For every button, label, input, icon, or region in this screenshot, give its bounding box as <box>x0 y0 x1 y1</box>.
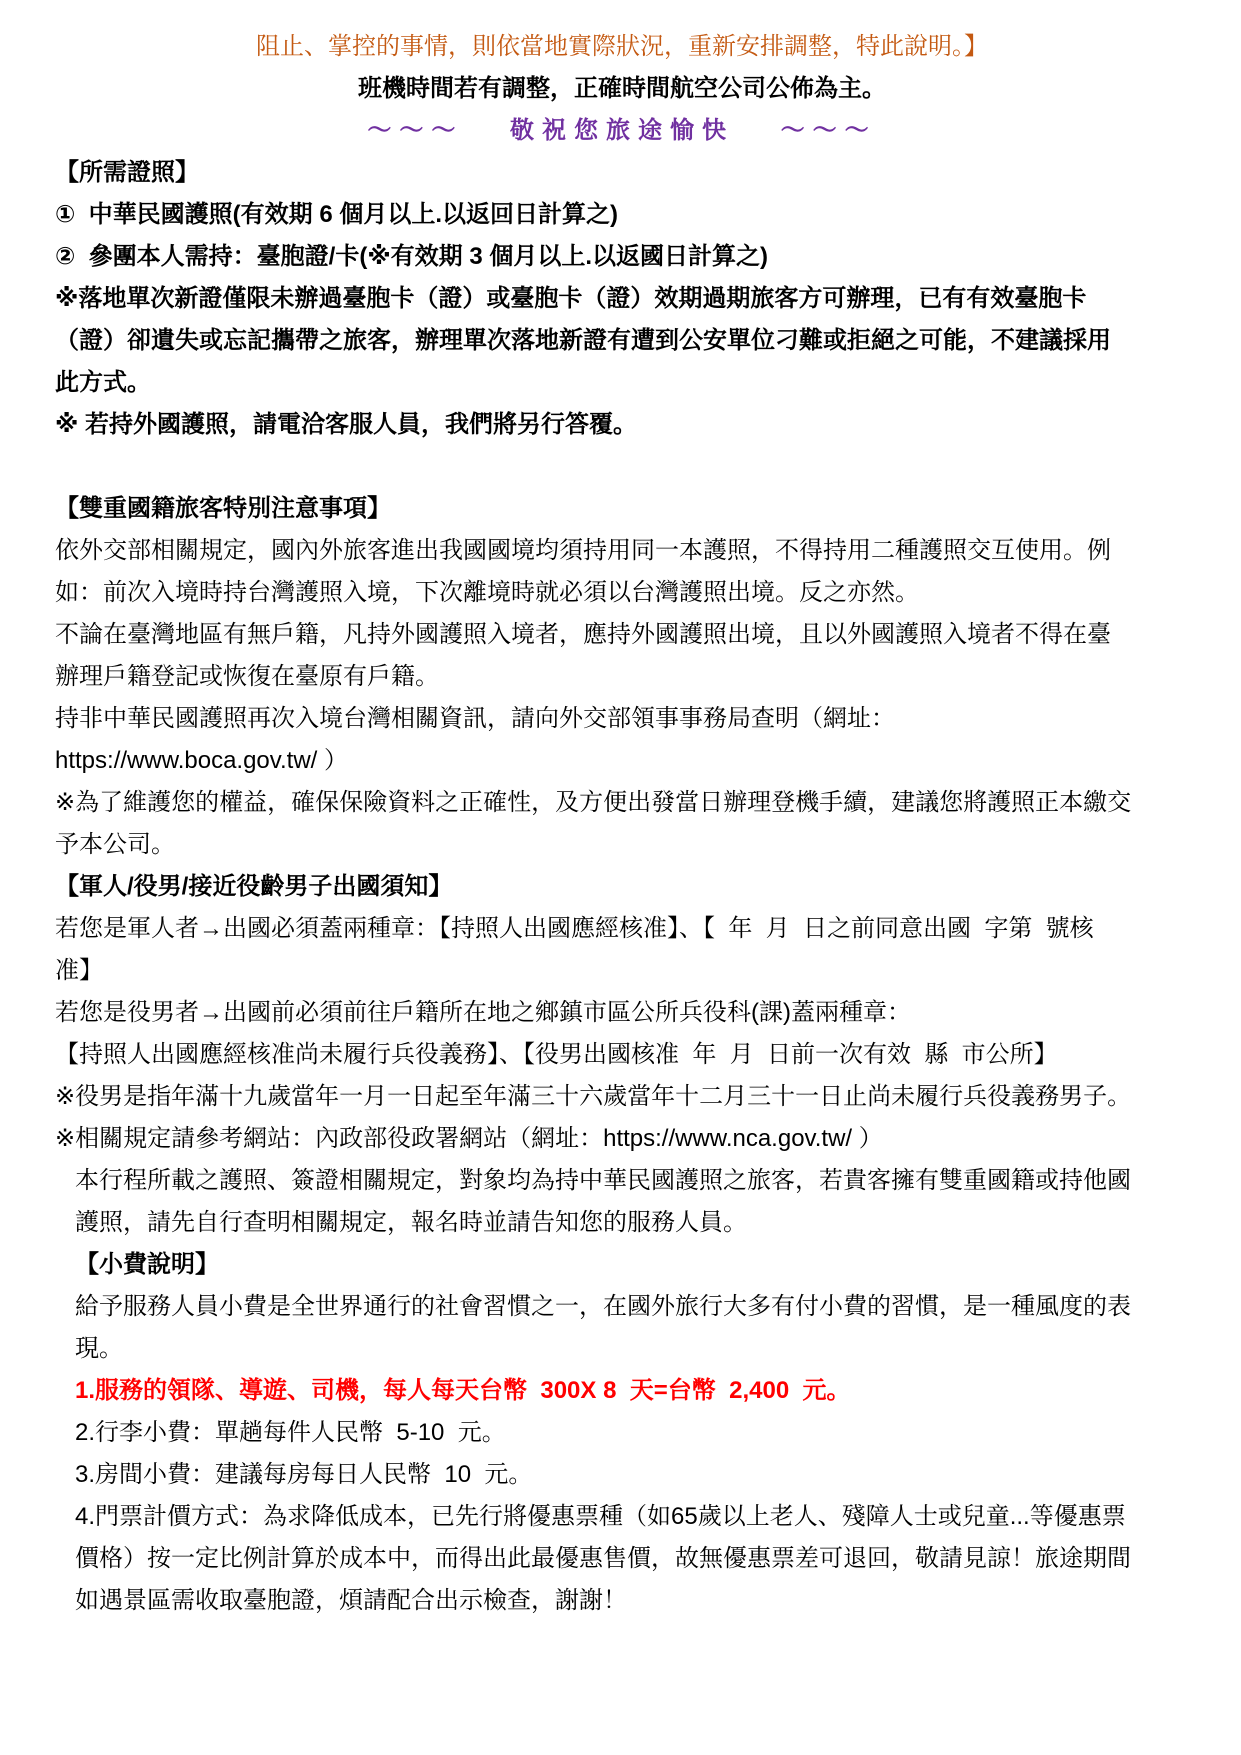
document-body: 阻止、掌控的事情，則依當地實際狀況，重新安排調整，特此說明。】班機時間若有調整，… <box>55 26 1189 1622</box>
landing-permit-note-line-1: ※落地單次新證僅限未辦過臺胞卡（證）或臺胞卡（證）效期過期旅客方可辦理，已有有效… <box>55 278 1189 320</box>
blank-spacer <box>55 446 1189 488</box>
dual-nationality-line-2: 如：前次入境時持台灣護照入境，下次離境時就必須以台灣護照出境。反之亦然。 <box>55 572 1189 614</box>
section-title-dual-nationality: 【雙重國籍旅客特別注意事項】 <box>55 488 1189 530</box>
passport-submission-note-line-1: ※為了維護您的權益，確保保險資料之正確性，及方便出發當日辦理登機手續，建議您將護… <box>55 782 1189 824</box>
military-line-6: ※相關規定請參考網站：內政部役政署網站（網址：https://www.nca.g… <box>55 1118 1189 1160</box>
header-continuation-line: 阻止、掌控的事情，則依當地實際狀況，重新安排調整，特此說明。】 <box>55 26 1189 68</box>
tipping-item-4-line-2: 價格）按一定比例計算於成本中，而得出此最優惠售價，故無優惠票差可退回，敬請見諒！… <box>55 1538 1189 1580</box>
military-line-1: 若您是軍人者→出國必須蓋兩種章：【持照人出國應經核准】、【 年 月 日之前同意出… <box>55 908 1189 950</box>
military-line-2: 准】 <box>55 950 1189 992</box>
tipping-intro-line-2: 現。 <box>55 1328 1189 1370</box>
travel-notice-document-page: 阻止、掌控的事情，則依當地實際狀況，重新安排調整，特此說明。】班機時間若有調整，… <box>0 0 1241 1755</box>
passport-submission-note-line-2: 予本公司。 <box>55 824 1189 866</box>
itinerary-passport-note-line-1: 本行程所載之護照、簽證相關規定，對象均為持中華民國護照之旅客，若貴客擁有雙重國籍… <box>55 1160 1189 1202</box>
dual-nationality-line-3: 不論在臺灣地區有無戶籍，凡持外國護照入境者，應持外國護照出境，且以外國護照入境者… <box>55 614 1189 656</box>
tipping-item-2: 2.行李小費：單趟每件人民幣 5-10 元。 <box>55 1412 1189 1454</box>
boca-url-line: https://www.boca.gov.tw/ ） <box>55 740 1189 782</box>
tipping-item-4-line-1: 4.門票計價方式：為求降低成本，已先行將優惠票種（如65歲以上老人、殘障人士或兒… <box>55 1496 1189 1538</box>
required-doc-item-1: ① 中華民國護照(有效期 6 個月以上.以返回日計算之) <box>55 194 1189 236</box>
itinerary-passport-note-line-2: 護照，請先自行查明相關規定，報名時並請告知您的服務人員。 <box>55 1202 1189 1244</box>
flight-time-notice: 班機時間若有調整，正確時間航空公司公佈為主。 <box>55 68 1189 110</box>
required-doc-item-2: ② 參團本人需持：臺胞證/卡(※有效期 3 個月以上.以返國日計算之) <box>55 236 1189 278</box>
dual-nationality-line-1: 依外交部相關規定，國內外旅客進出我國國境均須持用同一本護照，不得持用二種護照交互… <box>55 530 1189 572</box>
landing-permit-note-line-3: 此方式。 <box>55 362 1189 404</box>
military-line-5: ※役男是指年滿十九歲當年一月一日起至年滿三十六歲當年十二月三十一日止尚未履行兵役… <box>55 1076 1189 1118</box>
landing-permit-note-line-2: （證）卻遺失或忘記攜帶之旅客，辦理單次落地新證有遭到公安單位刁難或拒絕之可能，不… <box>55 320 1189 362</box>
greeting-line: ～～～ 敬祝您旅途愉快 ～～～ <box>55 110 1189 152</box>
military-line-4: 【持照人出國應經核准尚未履行兵役義務】、【役男出國核准 年 月 日前一次有效 縣… <box>55 1034 1189 1076</box>
tipping-item-4-line-3: 如遇景區需收取臺胞證，煩請配合出示檢查，謝謝！ <box>55 1580 1189 1622</box>
section-title-tipping: 【小費說明】 <box>55 1244 1189 1286</box>
tipping-item-3: 3.房間小費：建議每房每日人民幣 10 元。 <box>55 1454 1189 1496</box>
foreign-passport-note: ※ 若持外國護照，請電洽客服人員，我們將另行答覆。 <box>55 404 1189 446</box>
dual-nationality-line-4: 辦理戶籍登記或恢復在臺原有戶籍。 <box>55 656 1189 698</box>
section-title-required-documents: 【所需證照】 <box>55 152 1189 194</box>
tipping-item-1: 1.服務的領隊、導遊、司機，每人每天台幣 300X 8 天=台幣 2,400 元… <box>55 1370 1189 1412</box>
dual-nationality-line-5: 持非中華民國護照再次入境台灣相關資訊，請向外交部領事事務局查明（網址： <box>55 698 1189 740</box>
section-title-military: 【軍人/役男/接近役齡男子出國須知】 <box>55 866 1189 908</box>
military-line-3: 若您是役男者→出國前必須前往戶籍所在地之鄉鎮市區公所兵役科(課)蓋兩種章： <box>55 992 1189 1034</box>
tipping-intro-line-1: 給予服務人員小費是全世界通行的社會習慣之一，在國外旅行大多有付小費的習慣，是一種… <box>55 1286 1189 1328</box>
